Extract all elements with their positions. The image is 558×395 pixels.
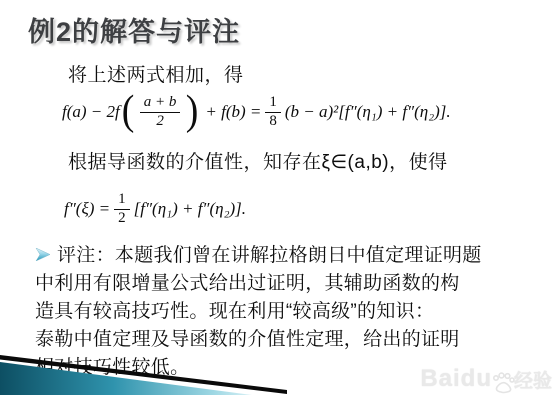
- left-paren: (: [121, 93, 134, 131]
- formula-2-lhs: f″(ξ) =: [64, 199, 110, 219]
- body-line-2: 根据导函数的介值性，知存在ξ∈(a,b)，使得: [68, 147, 448, 174]
- inner-fraction: a + b 2: [140, 94, 181, 130]
- formula-1: f(a) − 2f ( a + b 2 ) + f(b) = 1 8 (b − …: [62, 88, 451, 136]
- formula-1-rhs: (b − a)²[f″(η₁) + f″(η₂)].: [285, 102, 451, 122]
- formula-1-mid: + f(b) =: [205, 102, 261, 122]
- half-denominator: 2: [114, 210, 130, 227]
- right-paren: ): [186, 93, 199, 131]
- inner-fraction-numerator: a + b: [140, 94, 181, 112]
- inner-fraction-denominator: 2: [152, 113, 168, 130]
- remark-line: 中利用有限增量公式给出过证明，其辅助函数的构: [35, 270, 535, 298]
- formula-1-lhs: f(a) − 2f: [62, 102, 120, 122]
- coefficient-numerator: 1: [265, 94, 281, 112]
- body-line-1: 将上述两式相加，得: [68, 60, 244, 87]
- formula-2-rhs: [f″(η₁) + f″(η₂)].: [134, 199, 246, 219]
- watermark-suffix-text: 经验: [514, 366, 552, 393]
- half-fraction: 1 2: [114, 191, 130, 227]
- corner-ribbon-decoration: [0, 355, 300, 395]
- half-numerator: 1: [114, 191, 130, 209]
- remark-text: 评注：本题我们曾在讲解拉格朗日中值定理证明题: [57, 245, 482, 266]
- paw-icon: [490, 372, 516, 394]
- remark-line: 泰勒中值定理及导函数的介值性定理，给出的证明: [35, 326, 535, 354]
- baidu-watermark: Baidu 经验: [420, 365, 552, 393]
- coefficient-denominator: 8: [265, 113, 281, 130]
- remark-line: 造具有较高技巧性。现在利用“较高级”的知识：: [35, 298, 535, 326]
- coefficient-fraction: 1 8: [265, 94, 281, 130]
- page-title: 例2的解答与评注: [28, 10, 240, 49]
- arrow-bullet-icon: [35, 248, 50, 261]
- teal-wedge: [0, 362, 252, 395]
- slide: 例2的解答与评注 将上述两式相加，得 f(a) − 2f ( a + b 2 )…: [0, 0, 558, 395]
- watermark-brand-text: Baidu: [420, 365, 492, 393]
- remark-line: 评注：本题我们曾在讲解拉格朗日中值定理证明题: [35, 242, 535, 270]
- formula-2: f″(ξ) = 1 2 [f″(η₁) + f″(η₂)].: [64, 188, 246, 230]
